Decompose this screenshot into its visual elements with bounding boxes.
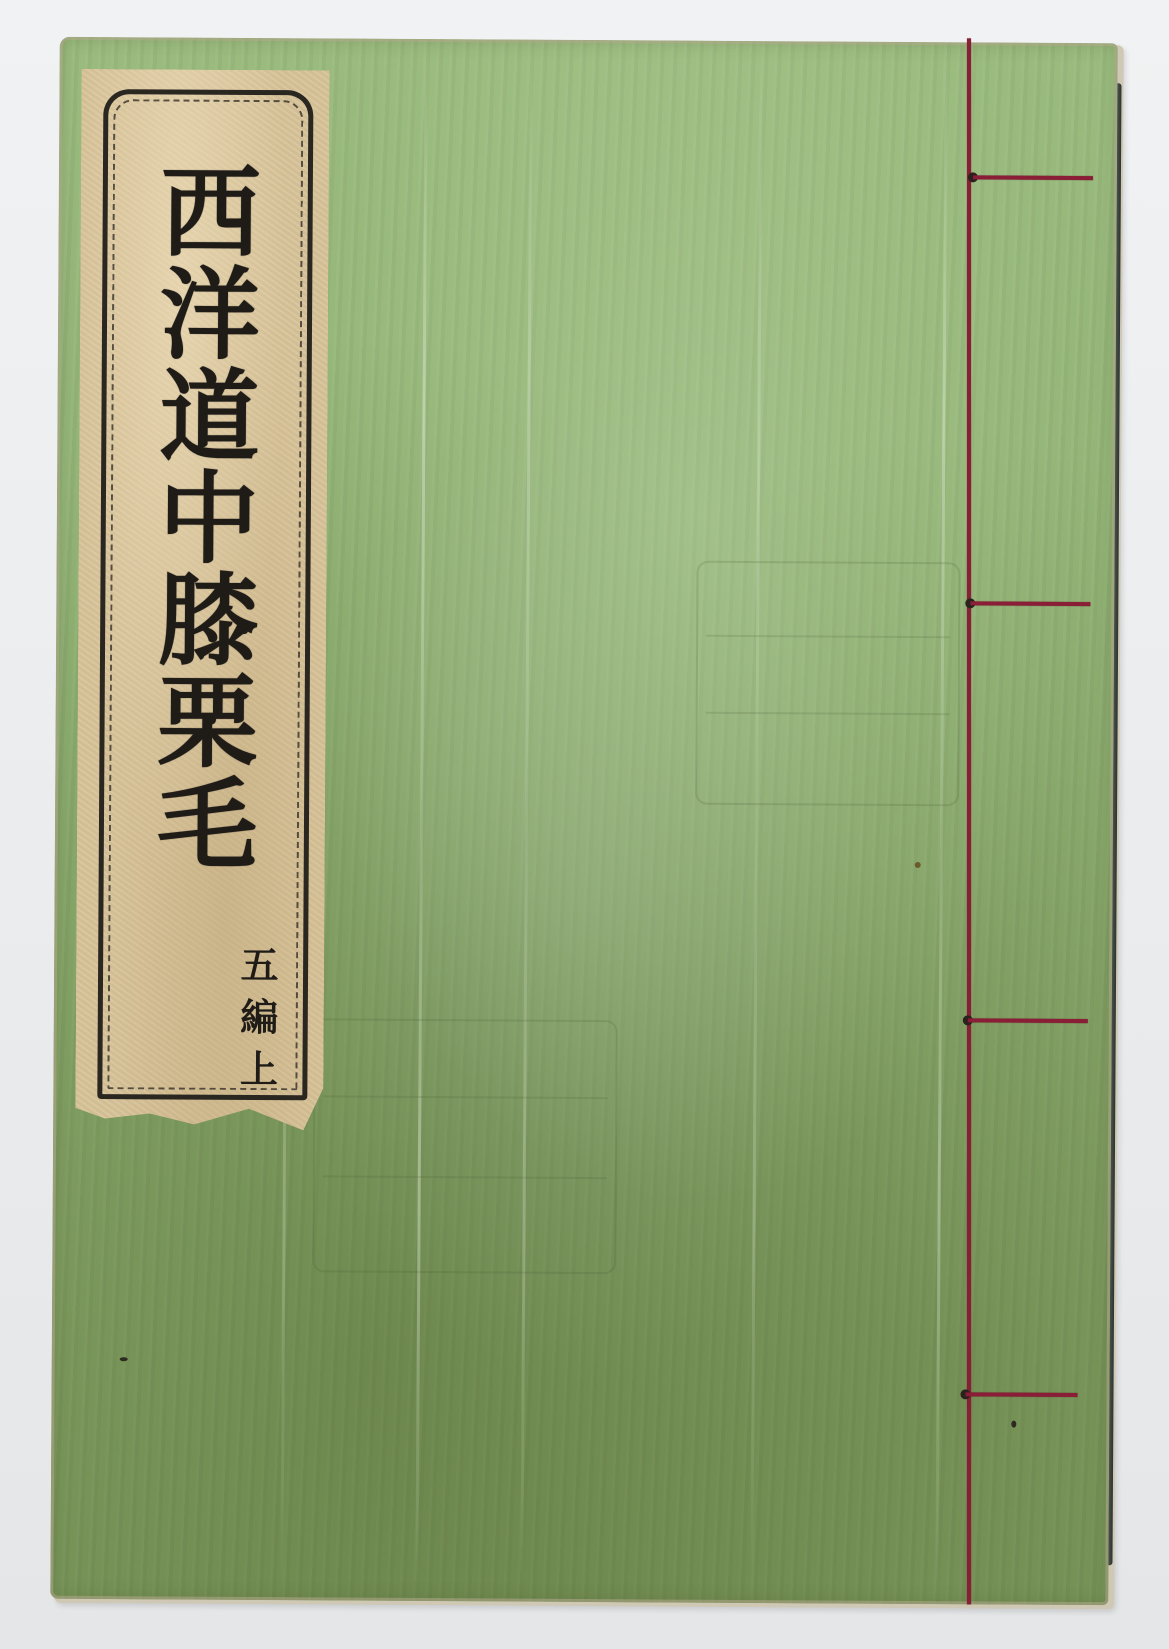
binding-thread-tie <box>968 1018 1088 1023</box>
stain-spot <box>1011 1421 1016 1428</box>
embossed-pattern <box>695 561 960 807</box>
book: 西洋道中膝栗毛 五編上 <box>50 37 1118 1605</box>
binding-thread-tie <box>973 175 1093 180</box>
cover-crease <box>750 41 763 1603</box>
binding-thread-tie <box>965 1392 1077 1397</box>
embossed-pattern <box>312 1018 618 1274</box>
binding-thread-vertical <box>967 38 971 1604</box>
volume-label: 五編上 <box>215 945 286 1101</box>
stain-spot <box>120 1357 128 1361</box>
volume-part: 上 <box>233 1049 278 1101</box>
title-slip: 西洋道中膝栗毛 五編上 <box>75 69 329 1130</box>
volume-number: 五編 <box>234 945 280 1049</box>
cover-crease <box>415 39 428 1601</box>
cover-crease <box>520 40 533 1602</box>
book-cover: 西洋道中膝栗毛 五編上 <box>50 37 1118 1605</box>
binding-thread-tie <box>970 601 1090 606</box>
stain-spot <box>915 862 921 868</box>
cover-crease <box>935 42 948 1604</box>
book-title: 西洋道中膝栗毛 <box>139 159 263 874</box>
